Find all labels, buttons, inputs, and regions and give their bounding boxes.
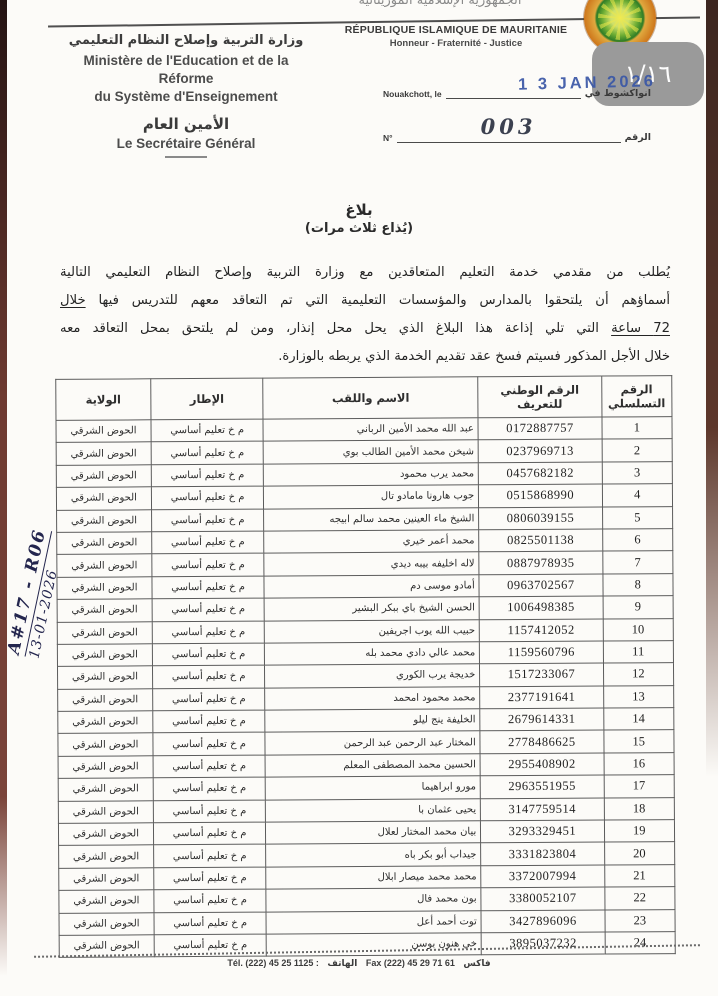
number-label-arabic: الرقم [625, 132, 651, 143]
cell-nid: 0887978935 [479, 551, 602, 574]
cell-wilaya: الحوض الشرقي [59, 845, 154, 868]
cell-wilaya: الحوض الشرقي [58, 823, 153, 846]
cell-wilaya: الحوض الشرقي [57, 554, 152, 577]
cell-nid: 3331823804 [481, 842, 604, 865]
cell-nid: 2377191641 [480, 686, 603, 709]
cell-nid: 1517233067 [480, 663, 603, 686]
cell-serial: 20 [604, 842, 675, 865]
cell-name: جيداب أبو بكر باه [266, 843, 481, 867]
cell-nid: 0515868990 [479, 484, 602, 507]
cell-wilaya: الحوض الشرقي [57, 666, 152, 689]
signature-underline [165, 156, 207, 158]
cell-name: محمد محمود امحمد [265, 686, 480, 710]
ministry-name-french: Ministère de l'Education et de la Réform… [58, 52, 314, 107]
cell-cadre: م خ تعليم أساسي [152, 621, 265, 644]
cell-name: محمد يرب محمود [264, 463, 479, 487]
cell-serial: 11 [603, 641, 674, 664]
cell-nid: 1159560796 [480, 641, 603, 664]
roster-table-head: الرقم التسلسلي الرقم الوطني للتعريف الاس… [56, 376, 672, 421]
header-name: الاسم واللقب [263, 377, 478, 419]
cell-nid: 3147759514 [481, 798, 604, 821]
cell-serial: 12 [603, 663, 674, 686]
cell-serial: 17 [604, 775, 675, 798]
cell-serial: 4 [602, 484, 673, 507]
body-line-2: أسماؤهم أن يلتحقوا بالمدارس والمؤسسات ال… [60, 287, 670, 315]
cell-cadre: م خ تعليم أساسي [151, 442, 264, 465]
cell-serial: 18 [604, 797, 675, 820]
underlined-khilal: خلال [60, 293, 86, 308]
cell-name: توت أحمد أعل [266, 910, 481, 934]
cell-wilaya: الحوض الشرقي [58, 756, 153, 779]
seal-rays [598, 0, 642, 40]
cell-wilaya: الحوض الشرقي [57, 644, 152, 667]
body-line-4: خلال الأجل المذكور فسيتم فسخ عقد تقديم ا… [60, 343, 670, 371]
cell-cadre: م خ تعليم أساسي [153, 800, 266, 823]
cell-cadre: م خ تعليم أساسي [152, 531, 265, 554]
teachers-roster-table: الرقم التسلسلي الرقم الوطني للتعريف الاس… [55, 375, 676, 958]
footer-fax-ar: فاكس [463, 959, 490, 969]
cell-serial: 15 [603, 730, 674, 753]
title-subtitle: (يُذاع ثلاث مرات) [0, 221, 718, 236]
cell-nid: 2963551955 [480, 775, 603, 798]
cell-cadre: م خ تعليم أساسي [152, 553, 265, 576]
cropped-top-text: الجمهورية الإسلامية الموريتانية [330, 0, 550, 11]
header-cadre: الإطار [151, 378, 264, 420]
cell-wilaya: الحوض الشرقي [57, 532, 152, 555]
cell-cadre: م خ تعليم أساسي [153, 710, 266, 733]
ministry-name-arabic: وزارة التربية وإصلاح النظام التعليمي [58, 33, 314, 48]
cell-cadre: م خ تعليم أساسي [152, 576, 265, 599]
cell-serial: 5 [602, 506, 673, 529]
cell-name: بيان محمد المختار لعلال [266, 821, 481, 845]
republic-motto: Honneur - Fraternité - Justice [322, 38, 590, 49]
cell-name: الخليفة ينج ليلو [265, 709, 480, 733]
cell-nid: 3895037232 [481, 932, 604, 955]
cell-cadre: م خ تعليم أساسي [154, 867, 267, 890]
cell-cadre: م خ تعليم أساسي [153, 822, 266, 845]
number-label-french: N° [383, 133, 393, 143]
body-line-1: يُطلب من مقدمي خدمة التعليم المتعاقدين م… [60, 259, 670, 287]
cell-wilaya: الحوض الشرقي [56, 420, 151, 443]
cell-wilaya: الحوض الشرقي [56, 487, 151, 510]
footer-contact-line: Tél. (222) 45 25 1125 : الهاتف Fax (222)… [0, 958, 718, 969]
cell-cadre: م خ تعليم أساسي [153, 845, 266, 868]
cell-name: عبد الله محمد الأمين الرباني [263, 418, 478, 442]
roster-table-wrap: الرقم التسلسلي الرقم الوطني للتعريف الاس… [55, 375, 676, 958]
cell-name: المختار عبد الرحمن عبد الرحمن [265, 731, 480, 755]
document-title: بلاغ (يُذاع ثلاث مرات) [0, 201, 718, 236]
cell-name: لاله اخليفه بيبه ديدي [264, 552, 479, 576]
number-line: N° 003 الرقم [383, 128, 651, 143]
cell-wilaya: الحوض الشرقي [59, 890, 154, 913]
republic-name: RÉPUBLIQUE ISLAMIQUE DE MAURITANIE [322, 24, 590, 36]
cell-cadre: م خ تعليم أساسي [152, 643, 265, 666]
cell-serial: 19 [604, 820, 675, 843]
header-serial: الرقم التسلسلي [601, 376, 672, 417]
ministry-header-block: وزارة التربية وإصلاح النظام التعليمي Min… [58, 33, 314, 158]
cell-serial: 22 [604, 887, 675, 910]
cell-cadre: م خ تعليم أساسي [152, 598, 265, 621]
underlined-72h: 72 ساعة [611, 321, 670, 336]
number-fill-line: 003 [397, 128, 621, 143]
cell-wilaya: الحوض الشرقي [57, 599, 152, 622]
republic-header-block: RÉPUBLIQUE ISLAMIQUE DE MAURITANIE Honne… [322, 24, 590, 49]
cell-nid: 3427896096 [481, 910, 604, 933]
footer-tel-fr: Tél. (222) 45 25 1125 : [227, 958, 319, 968]
scanned-document-page: الجمهورية الإسلامية الموريتانية وزارة ال… [0, 0, 718, 996]
date-fill-line: 1 3 JAN 2026 [446, 84, 581, 99]
cell-name: خديجة يرب الكوري [265, 664, 480, 688]
cell-name: شيخن محمد الأمين الطالب بوي [263, 440, 478, 464]
cell-name: بون محمد فال [266, 888, 481, 912]
cell-serial: 8 [602, 573, 673, 596]
cell-serial: 3 [602, 461, 673, 484]
cell-serial: 16 [604, 752, 675, 775]
cell-serial: 10 [603, 618, 674, 641]
cell-nid: 2778486625 [480, 731, 603, 754]
cell-name: جوب هارونا مامادو تال [264, 485, 479, 509]
cell-wilaya: الحوض الشرقي [59, 868, 154, 891]
cell-wilaya: الحوض الشرقي [57, 509, 152, 532]
cell-cadre: م خ تعليم أساسي [151, 419, 264, 442]
secretary-general-arabic: الأمين العام [58, 115, 314, 133]
cell-serial: 24 [605, 932, 676, 955]
cell-wilaya: الحوض الشرقي [58, 711, 153, 734]
cell-nid: 2955408902 [480, 753, 603, 776]
header-national-id: الرقم الوطني للتعريف [478, 376, 602, 418]
cell-cadre: م خ تعليم أساسي [152, 688, 265, 711]
cell-name: أمادو موسى دم [264, 575, 479, 599]
cell-serial: 9 [603, 596, 674, 619]
cell-cadre: م خ تعليم أساسي [154, 912, 267, 935]
cell-cadre: م خ تعليم أساسي [153, 777, 266, 800]
cell-nid: 0963702567 [479, 574, 602, 597]
scan-left-edge-shadow [0, 0, 7, 996]
footer-fax-fr: Fax (222) 45 29 71 61 [366, 958, 455, 968]
cell-cadre: م خ تعليم أساسي [151, 464, 264, 487]
cell-name: محمد عالي دادي محمد بله [265, 642, 480, 666]
cell-serial: 6 [602, 529, 673, 552]
cell-nid: 0825501138 [479, 529, 602, 552]
header-wilaya: الولاية [56, 379, 151, 421]
cell-nid: 1157412052 [479, 619, 602, 642]
cell-serial: 1 [601, 417, 672, 440]
cell-cadre: م خ تعليم أساسي [151, 509, 264, 532]
cell-nid: 0457682182 [479, 462, 602, 485]
cell-nid: 0237969713 [478, 439, 601, 462]
cell-name: الحسن الشيخ باي ببكر البشير [264, 597, 479, 621]
cell-wilaya: الحوض الشرقي [58, 800, 153, 823]
cell-nid: 2679614331 [480, 708, 603, 731]
date-label-french: Nouakchott, le [383, 89, 442, 99]
announcement-body: يُطلب من مقدمي خدمة التعليم المتعاقدين م… [60, 259, 670, 371]
cell-name: محمد أعمر خيري [264, 530, 479, 554]
cell-wilaya: الحوض الشرقي [56, 442, 151, 465]
cell-serial: 21 [604, 864, 675, 887]
cell-nid: 3293329451 [481, 820, 604, 843]
roster-table-body: 10172887757عبد الله محمد الأمين الربانيم… [56, 417, 675, 958]
cell-name: الشيخ ماء العينين محمد سالم ابيجه [264, 507, 479, 531]
cell-cadre: م خ تعليم أساسي [153, 755, 266, 778]
cell-cadre: م خ تعليم أساسي [153, 733, 266, 756]
cell-cadre: م خ تعليم أساسي [151, 486, 264, 509]
cell-serial: 13 [603, 685, 674, 708]
cell-serial: 23 [605, 909, 676, 932]
cell-wilaya: الحوض الشرقي [58, 688, 153, 711]
cell-nid: 1006498385 [479, 596, 602, 619]
cell-nid: 3372007994 [481, 865, 604, 888]
cell-wilaya: الحوض الشرقي [57, 577, 152, 600]
cell-serial: 2 [602, 439, 673, 462]
cell-name: يحيى عثمان با [266, 798, 481, 822]
cell-wilaya: الحوض الشرقي [59, 912, 154, 935]
cell-serial: 7 [602, 551, 673, 574]
cell-name: محمد محمد ميصار ابلال [266, 866, 481, 890]
title-main: بلاغ [0, 201, 718, 219]
cell-name: حبيب الله يوب اجريفين [265, 619, 480, 643]
cell-cadre: م خ تعليم أساسي [152, 665, 265, 688]
cell-name: الحسين محمد المصطفى المعلم [265, 754, 480, 778]
secretary-general-french: Le Secrétaire Général [58, 136, 314, 151]
date-line: Nouakchott, le 1 3 JAN 2026 انواكشوط في [383, 84, 651, 99]
cell-nid: 3380052107 [481, 887, 604, 910]
cell-serial: 14 [603, 708, 674, 731]
cell-name: مورو ابراهيما [266, 776, 481, 800]
cell-cadre: م خ تعليم أساسي [154, 889, 267, 912]
cell-wilaya: الحوض الشرقي [57, 621, 152, 644]
cell-wilaya: الحوض الشرقي [56, 465, 151, 488]
handwritten-number: 003 [397, 114, 621, 139]
scan-right-edge-shadow [706, 0, 718, 777]
body-line-3: 72 ساعة التي تلي إذاعة هذا البلاغ الذي ي… [60, 315, 670, 343]
cell-wilaya: الحوض الشرقي [58, 778, 153, 801]
footer-tel-ar: الهاتف [327, 959, 357, 969]
header-row: الرقم التسلسلي الرقم الوطني للتعريف الاس… [56, 376, 672, 421]
cell-nid: 0172887757 [478, 417, 601, 440]
cell-wilaya: الحوض الشرقي [58, 733, 153, 756]
cell-nid: 0806039155 [479, 507, 602, 530]
